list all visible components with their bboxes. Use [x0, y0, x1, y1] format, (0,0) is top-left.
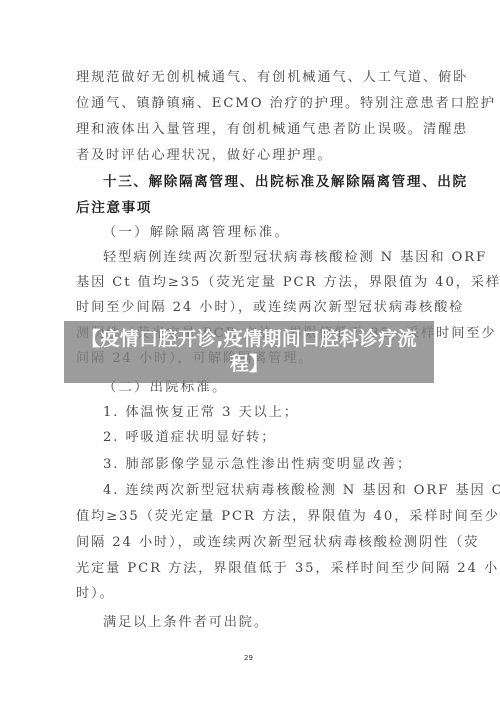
paragraph-line: 时）。 — [76, 585, 426, 603]
paragraph-line: 基因 Ct 值均≥35（荧光定量 PCR 方法，界限值为 40，采样 — [76, 274, 426, 292]
paragraph-line: 值均≥35（荧光定量 PCR 方法，界限值为 40，采样时间至少 — [76, 508, 426, 526]
paragraph-line: 轻型病例连续两次新型冠状病毒核酸检测 N 基因和 ORF — [103, 249, 426, 267]
section-heading: 十三、解除隔离管理、出院标准及解除隔离管理、出院 — [103, 173, 426, 191]
subsection-title: （一）解除隔离管理标准。 — [103, 224, 426, 242]
conclusion-line: 满足以上条件者可出院。 — [103, 614, 426, 632]
overlay-title: 【疫情口腔开诊,疫情期间口腔科诊疗流程】 — [69, 327, 429, 377]
list-item: 3. 肺部影像学显示急性渗出性病变明显改善； — [103, 456, 426, 474]
list-item: 1. 体温恢复正常 3 天以上； — [103, 404, 426, 422]
paragraph-line: 者及时评估心理状况，做好心理护理。 — [76, 147, 426, 165]
paragraph-line: 理规范做好无创机械通气、有创机械通气、人工气道、俯卧 — [76, 69, 426, 87]
page-number: 29 — [244, 654, 253, 662]
list-item: 2. 呼吸道症状明显好转； — [103, 429, 426, 447]
title-overlay-banner: 【疫情口腔开诊,疫情期间口腔科诊疗流程】 — [64, 321, 434, 383]
paragraph-line: 光定量 PCR 方法，界限值低于 35，采样时间至少间隔 24 小 — [76, 560, 426, 578]
list-item: 4. 连续两次新型冠状病毒核酸检测 N 基因和 ORF 基因 Ct — [103, 482, 426, 500]
paragraph-line: 理和液体出入量管理，有创机械通气患者防止误吸。清醒患 — [76, 121, 426, 139]
section-heading-cont: 后注意事项 — [76, 199, 426, 217]
paragraph-line: 位通气、镇静镇痛、ECMO 治疗的护理。特别注意患者口腔护 — [76, 95, 426, 113]
paragraph-line: 时间至少间隔 24 小时），或连续两次新型冠状病毒核酸检 — [76, 299, 426, 317]
paragraph-line: 间隔 24 小时），或连续两次新型冠状病毒核酸检测阴性（荧 — [76, 534, 426, 552]
